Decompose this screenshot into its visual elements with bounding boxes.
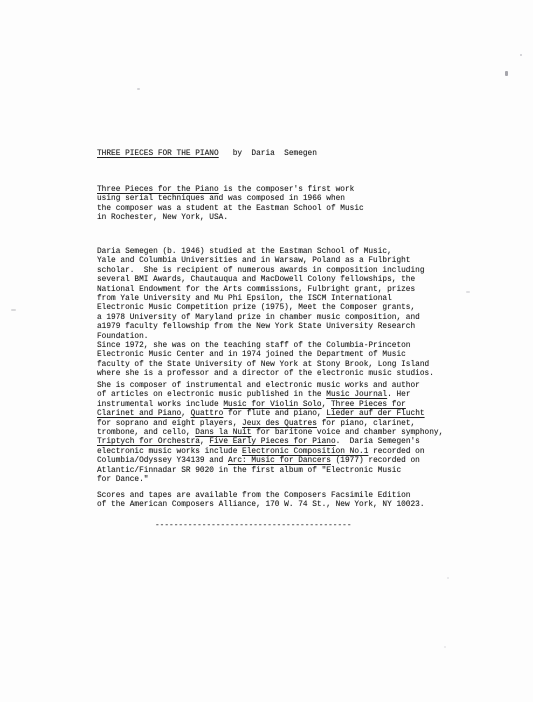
underlined-text-run: Three Pieces for [331,401,406,409]
text-run: by Daria Semegen [219,150,317,158]
text-run: Columbia/Odyssey Y34139 and [97,457,228,465]
text-run: for piano, clarinet, [317,420,415,428]
scanned-document-page: THREE PIECES FOR THE PIANO by Daria Seme… [0,0,533,702]
text-line: the composer was a student at the Eastma… [97,205,364,214]
underlined-text-run: Three Pieces for the Piano [97,186,219,194]
underlined-text-run: Five Early Pieces for Piano [209,438,335,446]
text-line: National Endowment for the Arts commissi… [97,286,434,295]
text-line: for soprano and eight players, Jeux des … [97,420,443,429]
text-run: Scores and tapes are available from the … [97,492,411,500]
text-run: Electronic Music Competition prize (1975… [97,304,415,312]
text-line: electronic music works include Electroni… [97,448,443,457]
block-biography: Daria Semegen (b. 1946) studied at the E… [97,248,434,380]
text-run: , [181,410,190,418]
text-run: is the composer's first work [219,186,355,194]
text-line: where she is a professor and a director … [97,370,434,379]
text-line: Daria Semegen (b. 1946) studied at the E… [97,248,434,257]
text-line: Yale and Columbia Universities and in Wa… [97,257,434,266]
text-line: of articles on electronic music publishe… [97,391,443,400]
text-run: faculty of the State University of New Y… [97,361,429,369]
text-run: Electronic Music Center and in 1974 join… [97,351,406,359]
text-line: instrumental works include Music for Vio… [97,401,443,410]
scan-speck [466,291,470,293]
scan-speck [447,577,449,579]
block-intro: Three Pieces for the Piano is the compos… [97,186,364,224]
text-run: trombone, and cello, [97,429,195,437]
block-availability: Scores and tapes are available from the … [97,492,425,511]
text-line: Atlantic/Finnadar SR 9020 in the first a… [97,467,443,476]
underlined-text-run: Music for Violin Solo [223,401,321,409]
text-line: She is composer of instrumental and elec… [97,382,443,391]
block-title: THREE PIECES FOR THE PIANO by Daria Seme… [97,150,317,159]
scan-speck [505,71,508,76]
underlined-text-run: Dans la Nuit [195,429,251,437]
text-run: from Yale University and Mu Phi Epsilon,… [97,295,392,303]
text-run: scholar. She is recipient of numerous aw… [97,267,425,275]
text-run: the composer was a student at the Eastma… [97,205,364,213]
text-run: ----------------------------------------… [155,522,352,530]
underlined-text-run: Jeux des Quatres [242,420,317,428]
text-run: a1979 faculty fellowship from the New Yo… [97,323,415,331]
text-line: of the American Composers Alliance, 170 … [97,501,425,510]
text-run: National Endowment for the Arts commissi… [97,286,415,294]
text-run: for flute and piano, [223,410,326,418]
text-line: Clarinet and Piano, Quattro for flute an… [97,410,443,419]
text-line: Foundation. [97,333,434,342]
text-run: Daria Semegen (b. 1946) studied at the E… [97,248,392,256]
text-run: of articles on electronic music publishe… [97,391,326,399]
text-run: where she is a professor and a director … [97,370,434,378]
text-line: faculty of the State University of New Y… [97,361,434,370]
text-run: She is composer of instrumental and elec… [97,382,420,390]
text-line: scholar. She is recipient of numerous aw… [97,267,434,276]
underlined-text-run: Triptych for Orchestra [97,438,200,446]
text-run: instrumental works include [97,401,223,409]
underlined-text-run: Clarinet and Piano [97,410,181,418]
text-line: in Rochester, New York, USA. [97,214,364,223]
text-run: in Rochester, New York, USA. [97,214,228,222]
text-run: using serial techniques and was composed… [97,195,345,203]
underlined-text-run: THREE PIECES FOR THE PIANO [97,150,219,158]
text-line: using serial techniques and was composed… [97,195,364,204]
text-line: several BMI Awards, Chautauqua and MacDo… [97,276,434,285]
text-run: Atlantic/Finnadar SR 9020 in the first a… [97,467,401,475]
text-line: THREE PIECES FOR THE PIANO by Daria Seme… [97,150,317,159]
text-run: for Dance." [97,476,148,484]
underlined-text-run: Arc: Music for Dancers [228,457,331,465]
scan-speck [520,54,522,56]
text-run: a 1978 University of Maryland prize in c… [97,314,420,322]
scan-speck [11,309,16,311]
text-run: , [322,401,331,409]
text-run: several BMI Awards, Chautauqua and MacDo… [97,276,415,284]
text-line: Three Pieces for the Piano is the compos… [97,186,364,195]
text-run: , [200,438,209,446]
text-line: for Dance." [97,476,443,485]
text-run: Foundation. [97,333,148,341]
underlined-text-run: Music Journal [326,391,387,399]
text-run: (1977) recorded on [331,457,420,465]
block-separator: ----------------------------------------… [155,522,352,531]
scan-speck [137,88,140,90]
text-run: Since 1972, she was on the teaching staf… [97,342,411,350]
text-line: a 1978 University of Maryland prize in c… [97,314,434,323]
text-line: Electronic Music Center and in 1974 join… [97,351,434,360]
text-line: Electronic Music Competition prize (1975… [97,304,434,313]
text-line: ----------------------------------------… [155,522,352,531]
text-run: Yale and Columbia Universities and in Wa… [97,257,411,265]
underlined-text-run: Electronic Composition No.1 [242,448,368,456]
text-line: Scores and tapes are available from the … [97,492,425,501]
text-run: for baritone voice and chamber symphony, [251,429,443,437]
underlined-text-run: Lieder auf der Flucht [326,410,424,418]
text-line: a1979 faculty fellowship from the New Yo… [97,323,434,332]
text-run: electronic music works include [97,448,242,456]
text-run: for soprano and eight players, [97,420,242,428]
text-line: Triptych for Orchestra, Five Early Piece… [97,438,443,447]
text-line: Columbia/Odyssey Y34139 and Arc: Music f… [97,457,443,466]
text-run: of the American Composers Alliance, 170 … [97,501,425,509]
block-works: She is composer of instrumental and elec… [97,382,443,485]
text-run: . Daria Semegen's [336,438,420,446]
underlined-text-run: Quattro [191,410,224,418]
text-run: . Her [387,391,410,399]
scan-speck [444,646,446,648]
text-run: recorded on [368,448,424,456]
